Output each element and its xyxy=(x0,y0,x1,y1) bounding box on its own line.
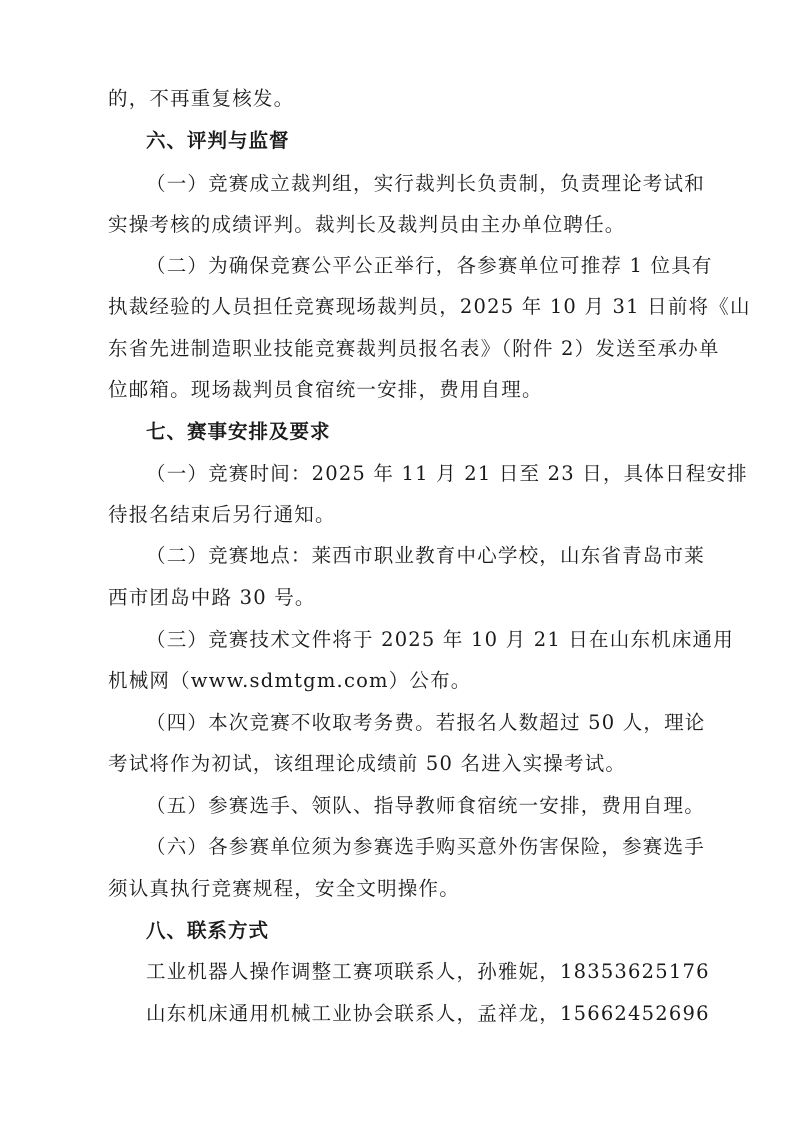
paragraph-continuation: 的，不再重复核发。 xyxy=(108,86,698,112)
section-heading-arrangements: 七、赛事安排及要求 xyxy=(146,419,736,445)
paragraph-judging-2-cont-3: 位邮箱。现场裁判员食宿统一安排，费用自理。 xyxy=(108,377,698,403)
paragraph-arrangement-venue: （二）竞赛地点：莱西市职业教育中心学校，山东省青岛市莱 xyxy=(146,543,698,569)
paragraph-arrangement-fee: （四）本次竞赛不收取考务费。若报名人数超过 50 人，理论 xyxy=(146,710,698,736)
paragraph-judging-2-cont-2: 东省先进制造职业技能竞赛裁判员报名表》（附件 2）发送至承办单 xyxy=(108,336,698,362)
paragraph-arrangement-insurance-cont: 须认真执行竞赛规程，安全文明操作。 xyxy=(108,876,698,902)
paragraph-judging-2: （二）为确保竞赛公平公正举行，各参赛单位可推荐 1 位具有 xyxy=(146,253,698,279)
paragraph-arrangement-docs-cont: 机械网（www.sdmtgm.com）公布。 xyxy=(108,668,698,694)
paragraph-arrangement-lodging: （五）参赛选手、领队、指导教师食宿统一安排，费用自理。 xyxy=(146,793,698,819)
paragraph-arrangement-time-cont: 待报名结束后另行通知。 xyxy=(108,502,698,528)
paragraph-judging-1-cont: 实操考核的成绩评判。裁判长及裁判员由主办单位聘任。 xyxy=(108,212,698,238)
section-heading-contact: 八、联系方式 xyxy=(146,918,736,944)
section-heading-judging: 六、评判与监督 xyxy=(146,128,736,154)
paragraph-arrangement-time: （一）竞赛时间：2025 年 11 月 21 日至 23 日，具体日程安排 xyxy=(146,461,698,487)
paragraph-judging-1: （一）竞赛成立裁判组，实行裁判长负责制，负责理论考试和 xyxy=(146,171,698,197)
contact-line-robot-event: 工业机器人操作调整工赛项联系人，孙雅妮，18353625176 xyxy=(146,959,698,985)
paragraph-arrangement-venue-cont: 西市团岛中路 30 号。 xyxy=(108,585,698,611)
document-page: 的，不再重复核发。 六、评判与监督 （一）竞赛成立裁判组，实行裁判长负责制，负责… xyxy=(0,0,800,1131)
paragraph-arrangement-docs: （三）竞赛技术文件将于 2025 年 10 月 21 日在山东机床通用 xyxy=(146,627,698,653)
paragraph-judging-2-cont-1: 执裁经验的人员担任竞赛现场裁判员，2025 年 10 月 31 日前将《山 xyxy=(108,294,698,320)
paragraph-arrangement-fee-cont: 考试将作为初试，该组理论成绩前 50 名进入实操考试。 xyxy=(108,751,698,777)
paragraph-arrangement-insurance: （六）各参赛单位须为参赛选手购买意外伤害保险，参赛选手 xyxy=(146,834,698,860)
contact-line-association: 山东机床通用机械工业协会联系人，孟祥龙，15662452696 xyxy=(146,1001,698,1027)
